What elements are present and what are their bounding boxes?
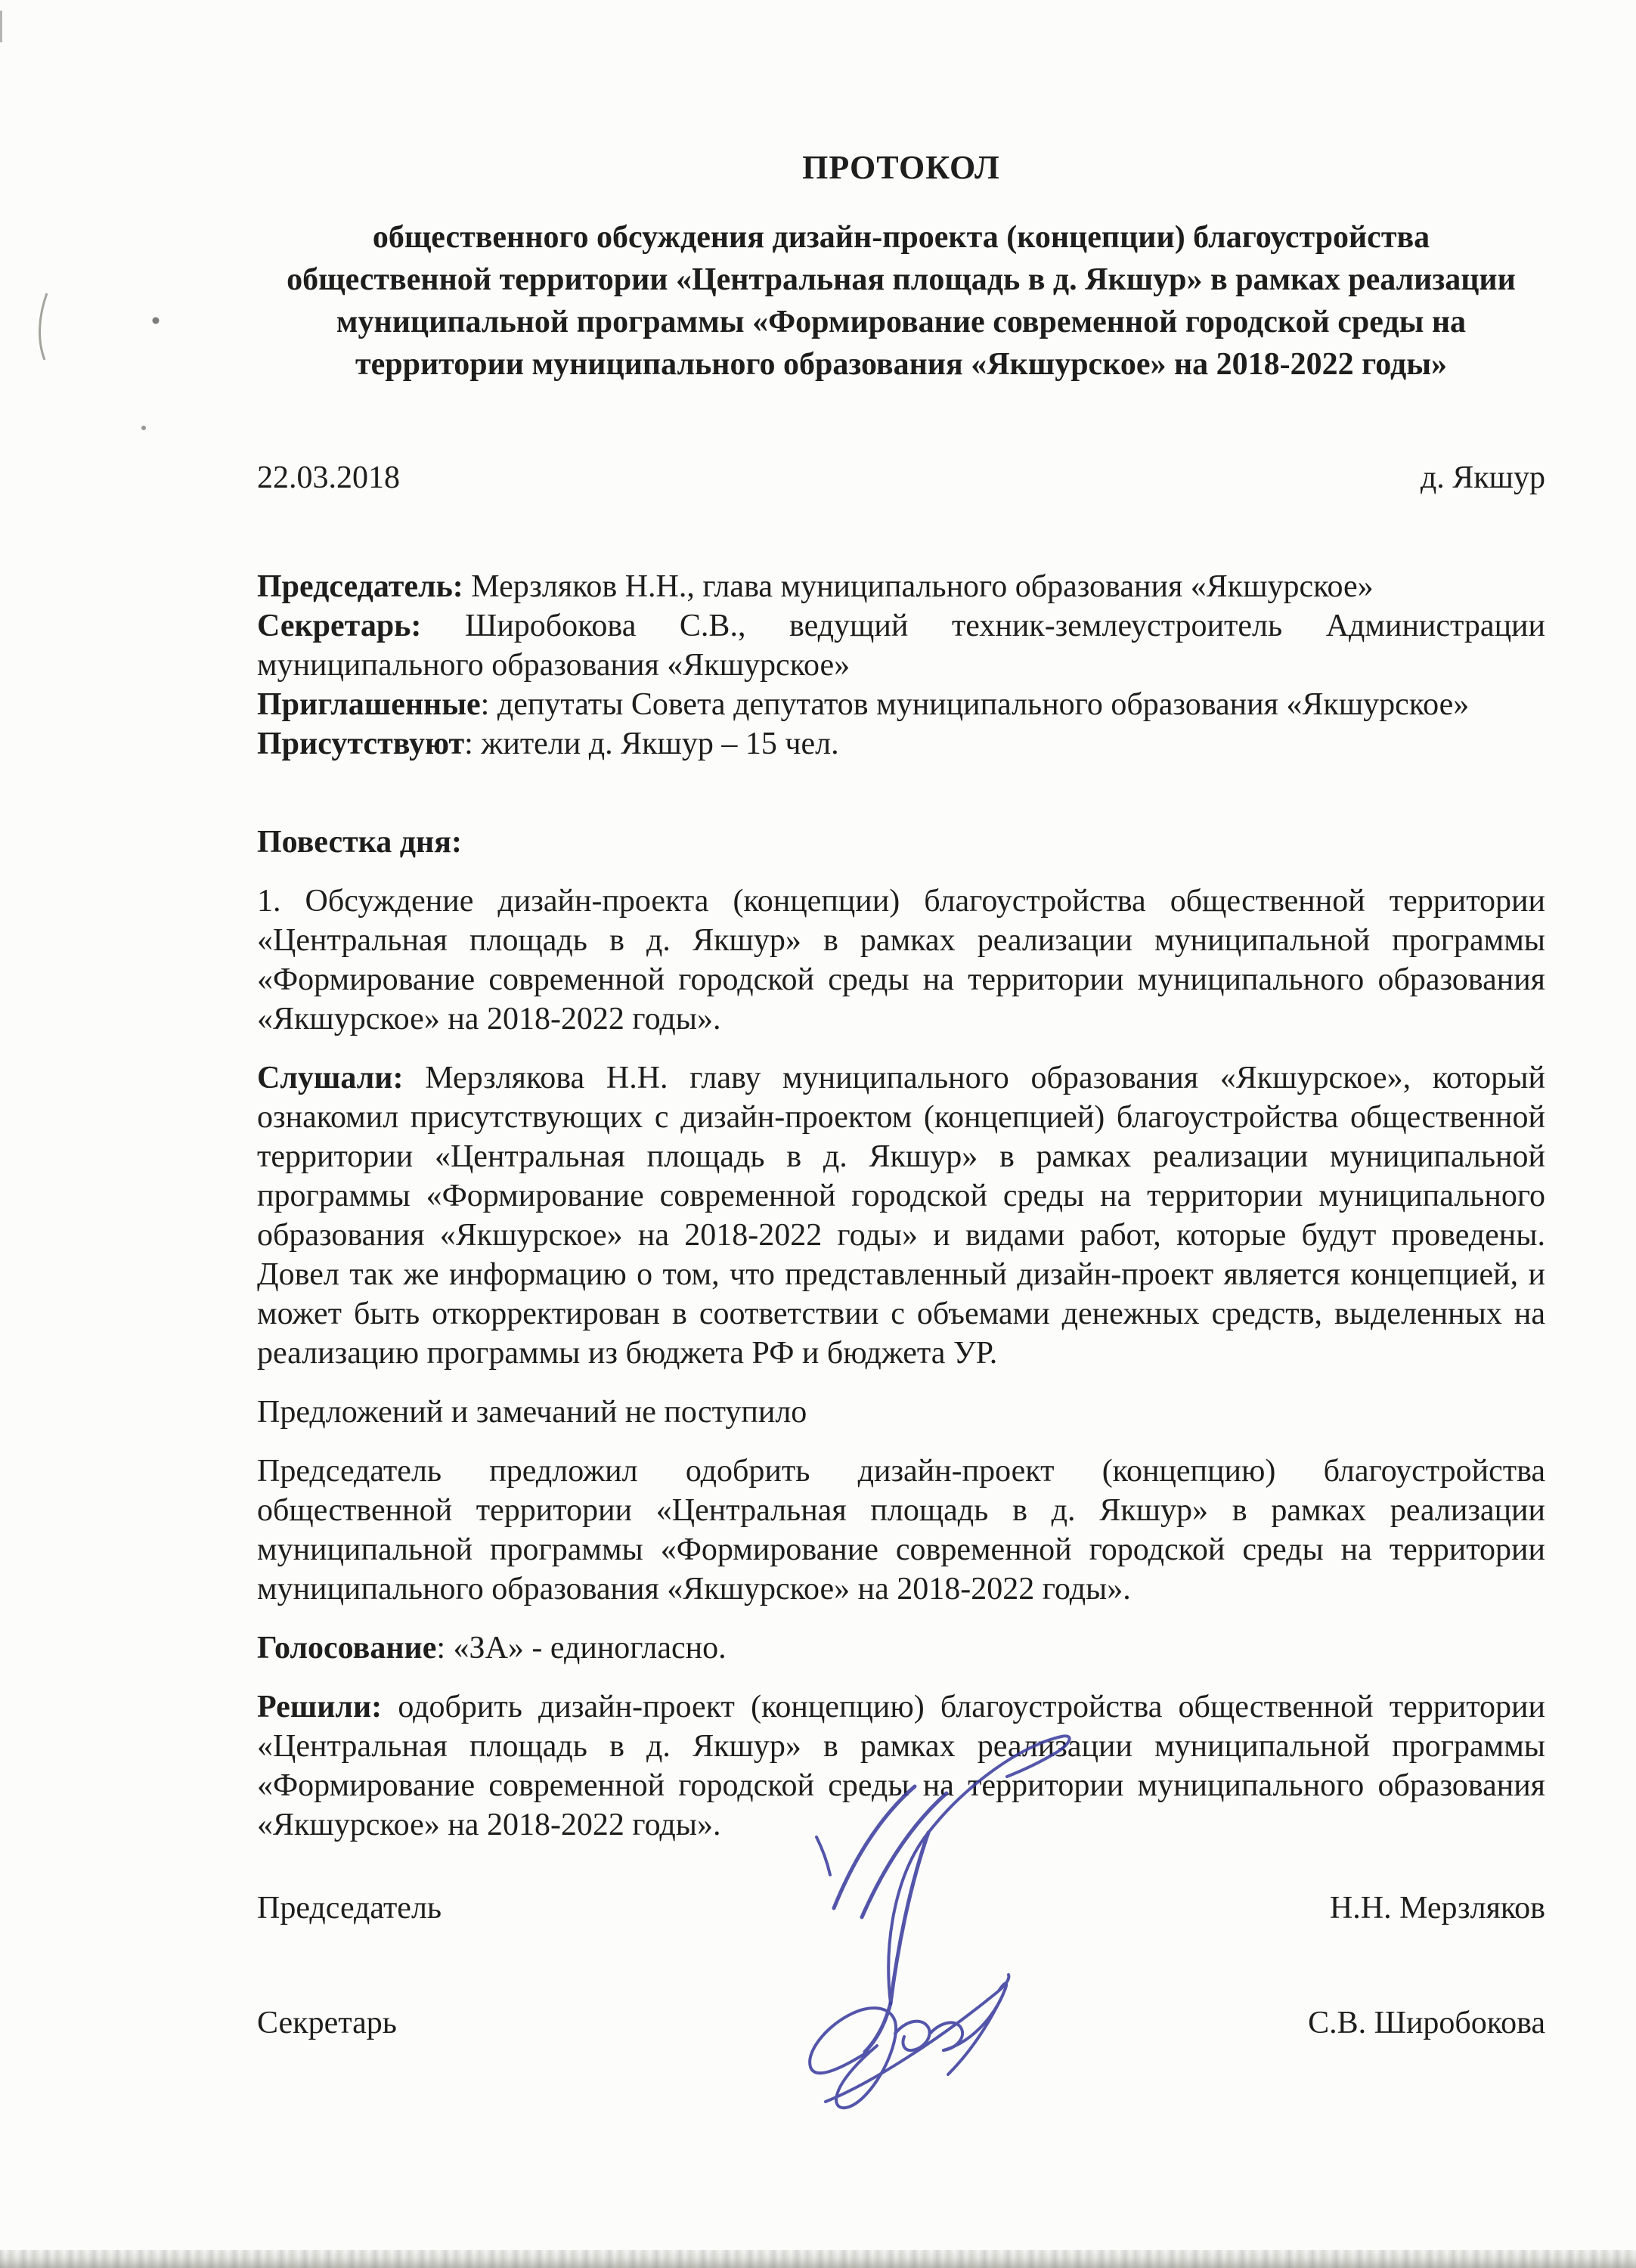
document-place: д. Якшур [1421, 458, 1545, 497]
document-content: ПРОТОКОЛ общественного обсуждения дизайн… [257, 0, 1545, 2043]
title-line: общественной территории «Центральная пло… [257, 259, 1545, 301]
signature-name: С.В. Широбокова [1308, 2003, 1545, 2043]
heard-text: Мерзлякова Н.Н. главу муниципального обр… [257, 1061, 1545, 1371]
vote-line: Голосование: «ЗА» - единогласно. [257, 1628, 1545, 1668]
signature-name: Н.Н. Мерзляков [1330, 1888, 1545, 1928]
secretary-label: Секретарь: [257, 609, 421, 643]
signature-row-secretary: Секретарь С.В. Широбокова [257, 2003, 1545, 2043]
scan-bottom-band [0, 2250, 1636, 2268]
vote-text: : «ЗА» - единогласно. [436, 1631, 726, 1665]
chairman-label: Председатель: [257, 569, 463, 604]
scanned-protocol-page: ПРОТОКОЛ общественного обсуждения дизайн… [0, 0, 1636, 2268]
no-objections-line: Предложений и замечаний не поступило [257, 1393, 1545, 1432]
title-line: общественного обсуждения дизайн-проекта … [257, 216, 1545, 259]
signature-role: Секретарь [257, 2003, 397, 2043]
agenda-heading: Повестка дня: [257, 823, 1545, 862]
present-label: Присутствуют [257, 727, 464, 761]
resolved-label: Решили: [257, 1690, 382, 1724]
title-line: территории муниципального образования «Я… [257, 343, 1545, 386]
chairman-value: Мерзляков Н.Н., глава муниципального обр… [463, 569, 1374, 604]
resolved-paragraph: Решили: одобрить дизайн-проект (концепци… [257, 1687, 1545, 1845]
document-heading: ПРОТОКОЛ [257, 0, 1545, 186]
secretary-value: Широбокова С.В., ведущий техник-землеуст… [257, 609, 1545, 683]
scan-artifacts [40, 293, 160, 430]
date-place-row: 22.03.2018 д. Якшур [257, 458, 1545, 497]
heard-paragraph: Слушали: Мерзлякова Н.Н. главу муниципал… [257, 1058, 1545, 1373]
document-date: 22.03.2018 [257, 458, 400, 497]
document-title-block: общественного обсуждения дизайн-проекта … [257, 216, 1545, 386]
agenda-item: 1. Обсуждение дизайн-проекта (концепции)… [257, 881, 1545, 1039]
signature-row-chairman: Председатель Н.Н. Мерзляков [257, 1888, 1545, 1928]
present-value: : жители д. Якшур – 15 чел. [464, 727, 838, 761]
attendees-block: Председатель: Мерзляков Н.Н., глава муни… [257, 567, 1545, 764]
vote-label: Голосование [257, 1631, 436, 1665]
title-line: муниципальной программы «Формирование со… [257, 301, 1545, 343]
invited-value: : депутаты Совета депутатов муниципально… [481, 687, 1470, 722]
resolved-text: одобрить дизайн-проект (концепцию) благо… [257, 1690, 1545, 1842]
signature-role: Председатель [257, 1888, 442, 1928]
invited-label: Приглашенные [257, 687, 481, 722]
scan-edge-mark [0, 11, 2, 42]
proposal-paragraph: Председатель предложил одобрить дизайн-п… [257, 1452, 1545, 1609]
heard-label: Слушали: [257, 1061, 403, 1095]
